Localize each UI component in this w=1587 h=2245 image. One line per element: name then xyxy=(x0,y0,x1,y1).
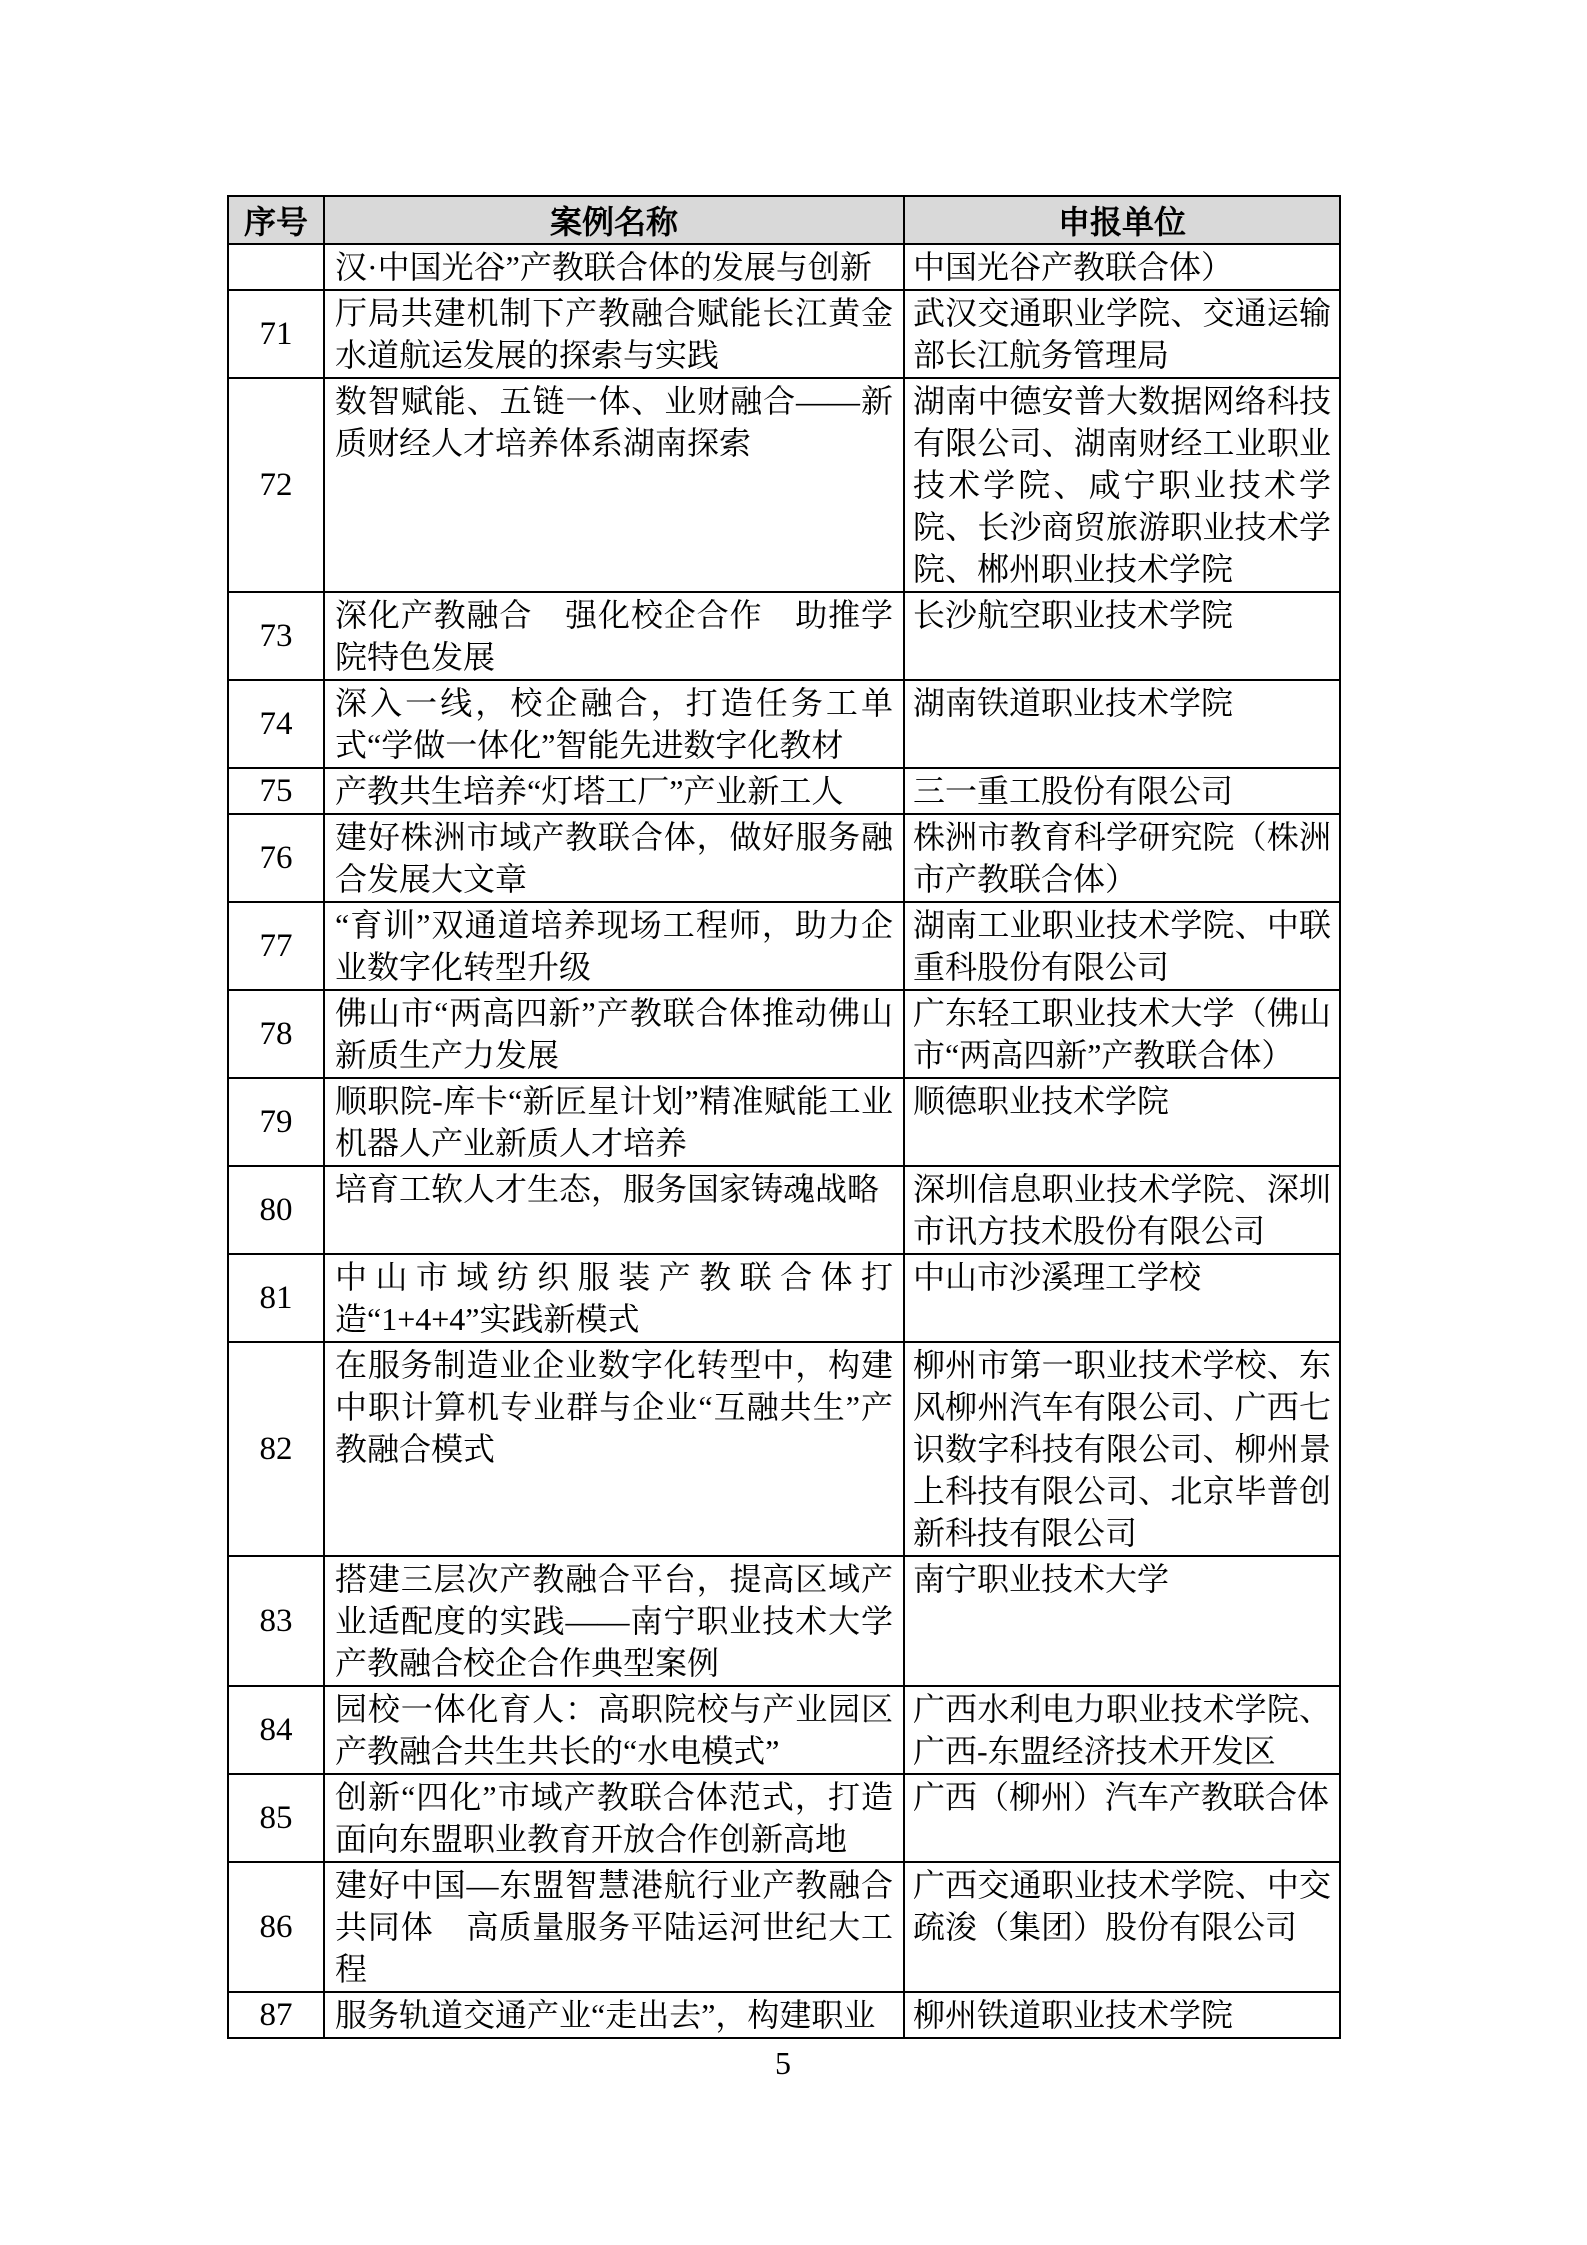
applicant-unit-cell: 武汉交通职业学院、交通运输部长江航务管理局 xyxy=(904,290,1340,378)
serial-number-cell: 82 xyxy=(228,1342,324,1556)
applicant-unit-cell: 广东轻工职业技术大学（佛山市“两高四新”产教联合体） xyxy=(904,990,1340,1078)
serial-number-cell: 83 xyxy=(228,1556,324,1686)
serial-number-cell: 71 xyxy=(228,290,324,378)
table-row: 84 园校一体化育人：高职院校与产业园区产教融合共生共长的“水电模式” 广西水利… xyxy=(228,1686,1340,1774)
serial-number-cell: 85 xyxy=(228,1774,324,1862)
applicant-unit-cell: 南宁职业技术大学 xyxy=(904,1556,1340,1686)
header-case-name: 案例名称 xyxy=(324,196,904,244)
table-row: 81 中山市域纺织服装产教联合体打造“1+4+4”实践新模式 中山市沙溪理工学校 xyxy=(228,1254,1340,1342)
table-row: 80 培育工软人才生态，服务国家铸魂战略 深圳信息职业技术学院、深圳市讯方技术股… xyxy=(228,1166,1340,1254)
table-row: 83 搭建三层次产教融合平台，提高区域产业适配度的实践——南宁职业技术大学产教融… xyxy=(228,1556,1340,1686)
applicant-unit-cell: 湖南铁道职业技术学院 xyxy=(904,680,1340,768)
serial-number-cell: 87 xyxy=(228,1992,324,2038)
applicant-unit-cell: 柳州市第一职业技术学校、东风柳州汽车有限公司、广西七识数字科技有限公司、柳州景上… xyxy=(904,1342,1340,1556)
case-name-cell: 汉·中国光谷”产教联合体的发展与创新 xyxy=(324,244,904,290)
case-name-cell: 在服务制造业企业数字化转型中，构建中职计算机专业群与企业“互融共生”产教融合模式 xyxy=(324,1342,904,1556)
page-number: 5 xyxy=(227,2045,1339,2082)
applicant-unit-cell: 株洲市教育科学研究院（株洲市产教联合体） xyxy=(904,814,1340,902)
applicant-unit-cell: 广西水利电力职业技术学院、广西-东盟经济技术开发区 xyxy=(904,1686,1340,1774)
case-name-cell: 建好中国—东盟智慧港航行业产教融合共同体 高质量服务平陆运河世纪大工程 xyxy=(324,1862,904,1992)
case-name-cell: 搭建三层次产教融合平台，提高区域产业适配度的实践——南宁职业技术大学产教融合校企… xyxy=(324,1556,904,1686)
table-row: 79 顺职院-库卡“新匠星计划”精准赋能工业机器人产业新质人才培养 顺德职业技术… xyxy=(228,1078,1340,1166)
applicant-unit-cell: 柳州铁道职业技术学院 xyxy=(904,1992,1340,2038)
case-name-cell: 园校一体化育人：高职院校与产业园区产教融合共生共长的“水电模式” xyxy=(324,1686,904,1774)
table-row: 汉·中国光谷”产教联合体的发展与创新 中国光谷产教联合体） xyxy=(228,244,1340,290)
table-row: 75 产教共生培养“灯塔工厂”产业新工人 三一重工股份有限公司 xyxy=(228,768,1340,814)
applicant-unit-cell: 广西交通职业技术学院、中交疏浚（集团）股份有限公司 xyxy=(904,1862,1340,1992)
table-row: 78 佛山市“两高四新”产教联合体推动佛山新质生产力发展 广东轻工职业技术大学（… xyxy=(228,990,1340,1078)
table-row: 86 建好中国—东盟智慧港航行业产教融合共同体 高质量服务平陆运河世纪大工程 广… xyxy=(228,1862,1340,1992)
cases-table: 序号 案例名称 申报单位 汉·中国光谷”产教联合体的发展与创新 中国光谷产教联合… xyxy=(227,195,1341,2039)
table-row: 87 服务轨道交通产业“走出去”，构建职业 柳州铁道职业技术学院 xyxy=(228,1992,1340,2038)
serial-number-cell: 81 xyxy=(228,1254,324,1342)
table-row: 82 在服务制造业企业数字化转型中，构建中职计算机专业群与企业“互融共生”产教融… xyxy=(228,1342,1340,1556)
table-row: 77 “育训”双通道培养现场工程师，助力企业数字化转型升级 湖南工业职业技术学院… xyxy=(228,902,1340,990)
table-row: 74 深入一线，校企融合，打造任务工单式“学做一体化”智能先进数字化教材 湖南铁… xyxy=(228,680,1340,768)
case-name-cell: 建好株洲市域产教联合体，做好服务融合发展大文章 xyxy=(324,814,904,902)
applicant-unit-cell: 中国光谷产教联合体） xyxy=(904,244,1340,290)
case-name-cell: “育训”双通道培养现场工程师，助力企业数字化转型升级 xyxy=(324,902,904,990)
case-name-cell: 深化产教融合 强化校企合作 助推学院特色发展 xyxy=(324,592,904,680)
table-row: 76 建好株洲市域产教联合体，做好服务融合发展大文章 株洲市教育科学研究院（株洲… xyxy=(228,814,1340,902)
applicant-unit-cell: 中山市沙溪理工学校 xyxy=(904,1254,1340,1342)
header-applicant-unit: 申报单位 xyxy=(904,196,1340,244)
header-serial-number: 序号 xyxy=(228,196,324,244)
case-name-cell: 深入一线，校企融合，打造任务工单式“学做一体化”智能先进数字化教材 xyxy=(324,680,904,768)
case-name-cell: 厅局共建机制下产教融合赋能长江黄金水道航运发展的探索与实践 xyxy=(324,290,904,378)
serial-number-cell: 86 xyxy=(228,1862,324,1992)
table-header-row: 序号 案例名称 申报单位 xyxy=(228,196,1340,244)
serial-number-cell: 80 xyxy=(228,1166,324,1254)
case-name-cell: 培育工软人才生态，服务国家铸魂战略 xyxy=(324,1166,904,1254)
document-page: 序号 案例名称 申报单位 汉·中国光谷”产教联合体的发展与创新 中国光谷产教联合… xyxy=(0,0,1587,2245)
applicant-unit-cell: 深圳信息职业技术学院、深圳市讯方技术股份有限公司 xyxy=(904,1166,1340,1254)
table-row: 73 深化产教融合 强化校企合作 助推学院特色发展 长沙航空职业技术学院 xyxy=(228,592,1340,680)
serial-number-cell: 78 xyxy=(228,990,324,1078)
table-row: 71 厅局共建机制下产教融合赋能长江黄金水道航运发展的探索与实践 武汉交通职业学… xyxy=(228,290,1340,378)
case-name-cell: 中山市域纺织服装产教联合体打造“1+4+4”实践新模式 xyxy=(324,1254,904,1342)
table-row: 85 创新“四化”市域产教联合体范式，打造面向东盟职业教育开放合作创新高地 广西… xyxy=(228,1774,1340,1862)
case-name-cell: 顺职院-库卡“新匠星计划”精准赋能工业机器人产业新质人才培养 xyxy=(324,1078,904,1166)
case-name-cell: 佛山市“两高四新”产教联合体推动佛山新质生产力发展 xyxy=(324,990,904,1078)
serial-number-cell: 73 xyxy=(228,592,324,680)
applicant-unit-cell: 顺德职业技术学院 xyxy=(904,1078,1340,1166)
applicant-unit-cell: 长沙航空职业技术学院 xyxy=(904,592,1340,680)
applicant-unit-cell: 湖南中德安普大数据网络科技有限公司、湖南财经工业职业技术学院、咸宁职业技术学院、… xyxy=(904,378,1340,592)
serial-number-cell: 75 xyxy=(228,768,324,814)
serial-number-cell: 79 xyxy=(228,1078,324,1166)
serial-number-cell: 77 xyxy=(228,902,324,990)
case-name-cell: 产教共生培养“灯塔工厂”产业新工人 xyxy=(324,768,904,814)
applicant-unit-cell: 三一重工股份有限公司 xyxy=(904,768,1340,814)
serial-number-cell: 74 xyxy=(228,680,324,768)
table-row: 72 数智赋能、五链一体、业财融合——新质财经人才培养体系湖南探索 湖南中德安普… xyxy=(228,378,1340,592)
serial-number-cell xyxy=(228,244,324,290)
serial-number-cell: 76 xyxy=(228,814,324,902)
applicant-unit-cell: 广西（柳州）汽车产教联合体 xyxy=(904,1774,1340,1862)
case-name-cell: 服务轨道交通产业“走出去”，构建职业 xyxy=(324,1992,904,2038)
applicant-unit-cell: 湖南工业职业技术学院、中联重科股份有限公司 xyxy=(904,902,1340,990)
serial-number-cell: 72 xyxy=(228,378,324,592)
case-name-cell: 数智赋能、五链一体、业财融合——新质财经人才培养体系湖南探索 xyxy=(324,378,904,592)
serial-number-cell: 84 xyxy=(228,1686,324,1774)
table-body: 汉·中国光谷”产教联合体的发展与创新 中国光谷产教联合体） 71 厅局共建机制下… xyxy=(228,244,1340,2038)
case-name-cell: 创新“四化”市域产教联合体范式，打造面向东盟职业教育开放合作创新高地 xyxy=(324,1774,904,1862)
